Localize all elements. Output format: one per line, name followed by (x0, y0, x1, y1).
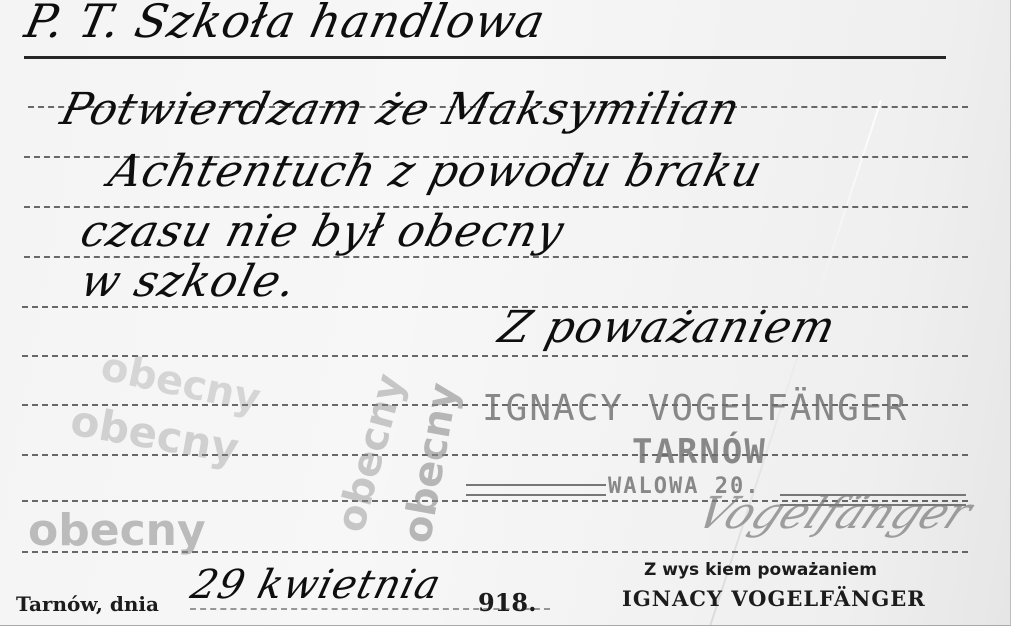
stamp-name: IGNACY VOGELFÄNGER (482, 388, 908, 429)
absence-stamp: obecny (28, 505, 206, 556)
header-rule (24, 56, 946, 59)
body-line-3: czasu nie był obecny (76, 206, 570, 257)
header-handwriting: P. T. Szkoła handlowa (20, 0, 550, 48)
body-line-1: Potwierdzam że Maksymilian (56, 84, 746, 135)
year-suffix: 918. (478, 588, 536, 617)
stamp-rule (466, 484, 606, 486)
document-card: P. T. Szkoła handlowa obecny obecny obec… (0, 0, 1011, 626)
body-line-4: w szkole. (76, 256, 302, 307)
printed-closing: Z wys kiem poważaniem (644, 560, 877, 580)
date-handwritten: 29 kwietnia (186, 562, 446, 608)
place-label: Tarnów, dnia (16, 592, 159, 616)
closing: Z poważaniem (494, 302, 841, 353)
stamp-city: TARNÓW (632, 432, 767, 472)
body-line-2: Achtentuch z powodu braku (104, 146, 768, 197)
printed-name: IGNACY VOGELFÄNGER (622, 586, 926, 611)
signature: Vogelfänger (688, 488, 980, 539)
stamp-rule (466, 494, 606, 496)
